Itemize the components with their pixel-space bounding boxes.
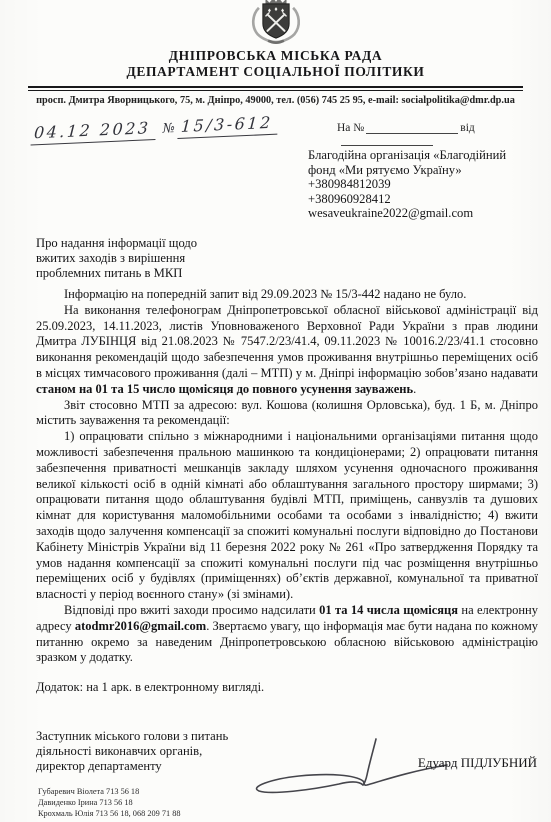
paragraph-3: Звіт стосовно МТП за адресою: вул. Кошов… [36, 398, 538, 430]
coat-of-arms-icon [243, 0, 309, 51]
subject-block: Про надання інформації щодо вжитих заход… [36, 236, 256, 281]
paragraph-2-text: На виконання телефонограм Дніпропетровсь… [36, 303, 538, 380]
reply-to-label: На № [337, 122, 364, 134]
signer-position-line1: Заступник міського голови з питань [36, 729, 286, 744]
subject-line2: вжитих заходів з вирішення [36, 251, 256, 266]
letter-body: Інформацію на попередній запит від 29.09… [36, 287, 538, 696]
recipient-phone2: +380960928412 [308, 192, 543, 207]
executor-contact-2: Давиденко Ірина 713 56 18 [38, 797, 181, 808]
recipient-org-line1: Благодійна організація «Благодійний [308, 148, 543, 163]
signer-position: Заступник міського голови з питань діяль… [36, 729, 286, 775]
reply-date-blank [341, 134, 433, 146]
executor-contact-3: Крохмаль Юлія 713 56 18, 068 209 71 88 [38, 808, 181, 819]
paragraph-2-end: . [413, 382, 416, 396]
recipient-phone1: +380984812039 [308, 177, 543, 192]
executor-contacts: Губаревич Віолета 713 56 18 Давиденко Ір… [38, 786, 181, 819]
handwritten-number: 15/3-612 [180, 113, 273, 136]
org-name-line2: ДЕПАРТАМЕНТ СОЦІАЛЬНОЇ ПОЛІТИКИ [0, 64, 551, 80]
paragraph-2-bold: станом на 01 та 15 число щомісяця до пов… [36, 382, 413, 396]
recipient-email: wesaveukraine2022@gmail.com [308, 206, 543, 221]
incoming-reference: На №від [337, 122, 551, 146]
outgoing-reference: 04.12 2023№15/3-612 [30, 113, 281, 146]
paragraph-4: 1) опрацювати спільно з міжнародними і н… [36, 429, 538, 603]
paragraph-5-bold-email: atodmr2016@gmail.com [75, 619, 206, 633]
paragraph-2: На виконання телефонограм Дніпропетровсь… [36, 303, 538, 398]
handwritten-date: 04.12 2023 [33, 118, 151, 142]
recipient-block: Благодійна організація «Благодійний фонд… [308, 148, 543, 221]
paragraph-5: Відповіді про вжиті заходи просимо надси… [36, 603, 538, 666]
signer-position-line3: директор департаменту [36, 759, 286, 774]
paragraph-5-text1: Відповіді про вжиті заходи просимо надси… [64, 603, 319, 617]
paragraph-1: Інформацію на попередній запит від 29.09… [36, 287, 538, 303]
number-sign: № [162, 121, 175, 137]
letterhead-divider [28, 86, 523, 91]
scanned-letter-page: ДНІПРОВСЬКА МІСЬКА РАДА ДЕПАРТАМЕНТ СОЦІ… [0, 0, 551, 822]
reply-number-blank [366, 122, 458, 134]
subject-line1: Про надання інформації щодо [36, 236, 256, 251]
signer-position-line2: діяльності виконавчих органів, [36, 744, 286, 759]
executor-contact-1: Губаревич Віолета 713 56 18 [38, 786, 181, 797]
subject-line3: проблемних питань в МКП [36, 266, 256, 281]
signer-name: Едуард ПІДЛУБНИЙ [418, 755, 537, 771]
reply-from-label: від [460, 122, 474, 134]
org-name-line1: ДНІПРОВСЬКА МІСЬКА РАДА [0, 48, 551, 64]
attachment-note: Додаток: на 1 арк. в електронному вигляд… [36, 680, 538, 696]
recipient-org-line2: фонд «Ми рятуємо Україну» [308, 163, 543, 178]
org-address-line: просп. Дмитра Яворницького, 75, м. Дніпр… [0, 95, 551, 106]
paragraph-5-bold-dates: 01 та 14 числа щомісяця [319, 603, 458, 617]
signature-block: Заступник міського голови з питань діяль… [36, 729, 537, 789]
